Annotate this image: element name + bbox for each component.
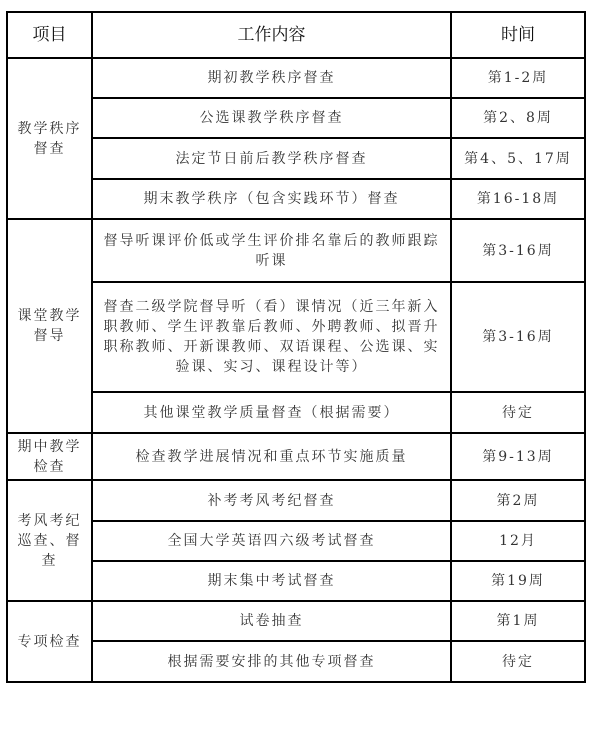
content-cell: 全国大学英语四六级考试督查: [92, 521, 451, 561]
time-cell: 第3-16周: [451, 219, 585, 282]
content-cell: 期末集中考试督查: [92, 561, 451, 601]
content-cell: 补考考风考纪督查: [92, 480, 451, 521]
content-cell: 试卷抽查: [92, 601, 451, 641]
time-cell: 第4、5、17周: [451, 138, 585, 179]
supervision-schedule-table: 项目 工作内容 时间 教学秩序督查 期初教学秩序督查 第1-2周 公选课教学秩序…: [6, 11, 586, 683]
time-cell: 第19周: [451, 561, 585, 601]
time-cell: 待定: [451, 392, 585, 433]
content-cell: 根据需要安排的其他专项督查: [92, 641, 451, 682]
category-cell: 专项检查: [7, 601, 92, 682]
time-cell: 第1-2周: [451, 58, 585, 98]
header-category: 项目: [7, 12, 92, 58]
table-row: 法定节日前后教学秩序督查 第4、5、17周: [7, 138, 585, 179]
content-cell: 期初教学秩序督查: [92, 58, 451, 98]
category-cell: 期中教学检查: [7, 433, 92, 480]
content-cell: 检查教学进展情况和重点环节实施质量: [92, 433, 451, 480]
category-cell: 课堂教学督导: [7, 219, 92, 433]
table-row: 课堂教学督导 督导听课评价低或学生评价排名靠后的教师跟踪听课 第3-16周: [7, 219, 585, 282]
content-cell: 期末教学秩序（包含实践环节）督查: [92, 179, 451, 219]
time-cell: 第2、8周: [451, 98, 585, 138]
table-row: 期末集中考试督查 第19周: [7, 561, 585, 601]
content-cell: 督导听课评价低或学生评价排名靠后的教师跟踪听课: [92, 219, 451, 282]
time-cell: 第16-18周: [451, 179, 585, 219]
time-cell: 第9-13周: [451, 433, 585, 480]
table-row: 督查二级学院督导听（看）课情况（近三年新入职教师、学生评教靠后教师、外聘教师、拟…: [7, 282, 585, 392]
time-cell: 第3-16周: [451, 282, 585, 392]
content-cell: 法定节日前后教学秩序督查: [92, 138, 451, 179]
table-row: 专项检查 试卷抽查 第1周: [7, 601, 585, 641]
table-row: 根据需要安排的其他专项督查 待定: [7, 641, 585, 682]
table-row: 期中教学检查 检查教学进展情况和重点环节实施质量 第9-13周: [7, 433, 585, 480]
content-cell: 公选课教学秩序督查: [92, 98, 451, 138]
time-cell: 第2周: [451, 480, 585, 521]
header-row: 项目 工作内容 时间: [7, 12, 585, 58]
table-row: 其他课堂教学质量督查（根据需要） 待定: [7, 392, 585, 433]
category-cell: 考风考纪巡查、督查: [7, 480, 92, 601]
header-time: 时间: [451, 12, 585, 58]
table-row: 公选课教学秩序督查 第2、8周: [7, 98, 585, 138]
time-cell: 12月: [451, 521, 585, 561]
content-cell: 督查二级学院督导听（看）课情况（近三年新入职教师、学生评教靠后教师、外聘教师、拟…: [92, 282, 451, 392]
header-content: 工作内容: [92, 12, 451, 58]
time-cell: 第1周: [451, 601, 585, 641]
table-row: 考风考纪巡查、督查 补考考风考纪督查 第2周: [7, 480, 585, 521]
time-cell: 待定: [451, 641, 585, 682]
content-cell: 其他课堂教学质量督查（根据需要）: [92, 392, 451, 433]
category-cell: 教学秩序督查: [7, 58, 92, 219]
table-row: 全国大学英语四六级考试督查 12月: [7, 521, 585, 561]
table-row: 期末教学秩序（包含实践环节）督查 第16-18周: [7, 179, 585, 219]
table-row: 教学秩序督查 期初教学秩序督查 第1-2周: [7, 58, 585, 98]
